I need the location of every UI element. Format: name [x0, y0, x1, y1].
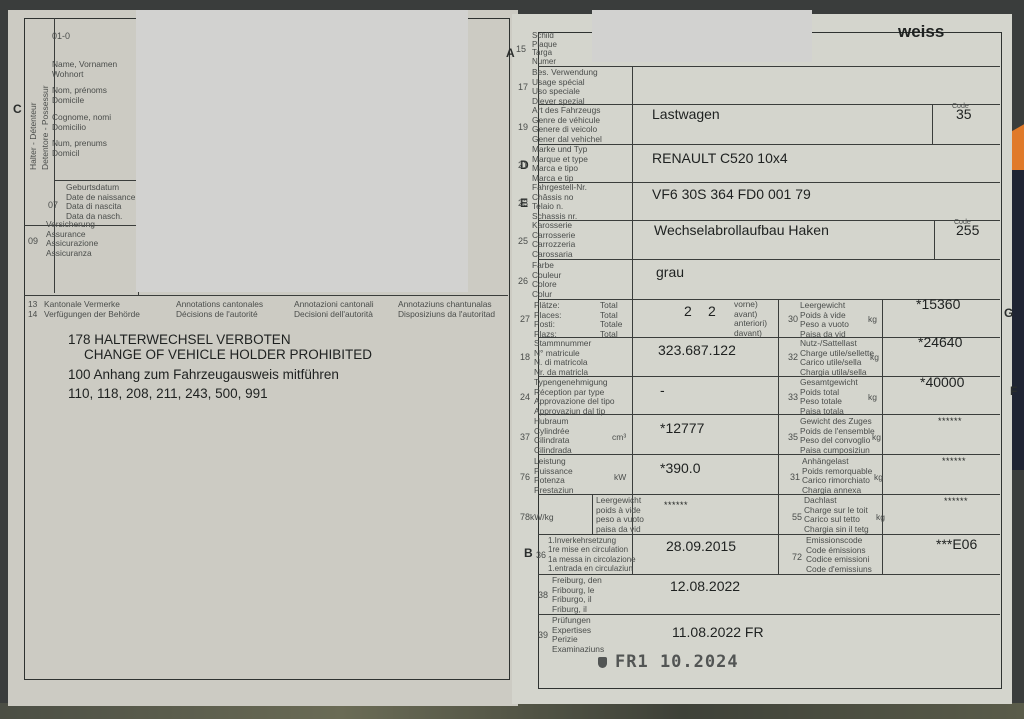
field-23-labels: Fahrgestell-Nr. Châssis no Telaio n. Sch…: [532, 183, 587, 221]
right-page: weiss A D E B G F 15 Schild Plaque Targa…: [512, 14, 1012, 704]
seats-front-value: 2: [708, 303, 716, 319]
divider: [538, 614, 1000, 615]
name-label-de: Name, VornamenWohnort: [52, 60, 117, 79]
annotation-line-1: 178 HALTERWECHSEL VERBOTEN: [68, 332, 291, 347]
field-35-unit: kg: [872, 432, 881, 442]
top-color-value: weiss: [898, 22, 944, 42]
annotation-header-de: Kantonale VermerkeVerfügungen der Behörd…: [44, 300, 140, 319]
field-37-labels: Hubraum Cylindrée Cilindrata Cilindrada: [534, 417, 572, 455]
trailer-load-value: ******: [942, 456, 966, 466]
field-78-number: 78: [520, 512, 530, 522]
field-39-number: 39: [538, 630, 548, 640]
field-07-labels: GeburtsdatumDate de naissanceData di nas…: [66, 183, 135, 221]
field-38-number: 38: [538, 590, 548, 600]
annotation-header-fr: Annotations cantonalesDécisions de l'aut…: [176, 300, 263, 319]
field-30-number: 30: [788, 314, 798, 324]
divider: [538, 259, 1000, 260]
field-72-number: 72: [792, 552, 802, 562]
field-32-unit: kg: [870, 352, 879, 362]
make-model-value: RENAULT C520 10x4: [652, 150, 788, 166]
annotation-header-rm: Annotaziuns chantunalasDisposiziuns da l…: [398, 300, 495, 319]
emission-code-value: ***E06: [936, 536, 977, 552]
field-37-unit: cm³: [612, 432, 626, 442]
field-18-number: 18: [520, 352, 530, 362]
train-weight-value: ******: [938, 416, 962, 426]
side-letter-f: F: [1010, 384, 1017, 398]
chassis-number-value: VF6 30S 364 FD0 001 79: [652, 186, 811, 202]
field-31-labels: Anhängelast Poids remorquable Carico rim…: [802, 457, 872, 495]
canton-shield-icon: [598, 657, 607, 668]
field-31-unit: kg: [874, 472, 883, 482]
field-15-number: 15: [516, 44, 526, 54]
field-17-labels: Bes. Verwendung Usage spécial Uso specia…: [532, 68, 598, 106]
field-32-number: 32: [788, 352, 798, 362]
field-19-labels: Art des Fahrzeugs Genre de véhicule Gene…: [532, 106, 602, 144]
divider: [538, 144, 1000, 145]
divider: [538, 104, 1000, 105]
field-23-number: 23: [518, 198, 528, 208]
field-30-labels: Leergewicht Poids à vide Peso a vuoto Pa…: [800, 301, 849, 339]
matriculation-number-value: 323.687.122: [658, 342, 736, 358]
field-37-number: 37: [520, 432, 530, 442]
field-33-unit: kg: [868, 392, 877, 402]
seats-total-value: 2: [684, 303, 692, 319]
field-76-unit: kW: [614, 472, 626, 482]
type-approval-value: -: [660, 382, 665, 398]
field-24-number: 24: [520, 392, 530, 402]
field-27-totals: Total Total Totale Total: [600, 301, 622, 339]
seats-front-labels: vorne) avant) anteriori) davant): [734, 300, 767, 338]
divider: [24, 295, 508, 296]
roof-load-value: ******: [944, 496, 968, 506]
divider: [778, 299, 779, 574]
field-19-number: 19: [518, 122, 528, 132]
field-26-number: 26: [518, 276, 528, 286]
field-01-label: 01-0: [52, 32, 70, 42]
field-76-labels: Leistung Puissance Potenza Prestaziun: [534, 457, 574, 495]
field-27-labels: Plätze: Places: Posti: Plazs:: [534, 301, 561, 339]
divider: [538, 220, 1000, 221]
field-33-number: 33: [788, 392, 798, 402]
annotation-line-3: 100 Anhang zum Fahrzeugausweis mitführen: [68, 367, 339, 382]
empty-weight-value: *15360: [916, 296, 960, 312]
field-36-labels: 1.Inverkehrsetzung 1re mise en circulati…: [548, 536, 636, 573]
field-25-labels: Karosserie Carrosserie Carrozzeria Caros…: [532, 221, 575, 259]
field-35-labels: Gewicht des Zuges Poids de l'ensemble Pe…: [800, 417, 875, 455]
power-value: *390.0: [660, 460, 700, 476]
side-letter-g: G: [1004, 306, 1013, 320]
color-value: grau: [656, 264, 684, 280]
field-72-labels: Emissionscode Code émissions Codice emis…: [806, 536, 872, 574]
total-weight-value: *40000: [920, 374, 964, 390]
divider: [934, 220, 935, 259]
power-weight-value: ******: [664, 500, 688, 510]
body-type-value: Wechselabrollaufbau Haken: [654, 222, 829, 238]
divider: [538, 66, 1000, 67]
field-76-number: 76: [520, 472, 530, 482]
field-78-labels: Leergewicht poids à vide peso a vuoto pa…: [596, 496, 644, 534]
side-letter-a: A: [506, 46, 515, 60]
redacted-holder-info: [136, 10, 468, 292]
first-registration-value: 28.09.2015: [666, 538, 736, 554]
field-21-labels: Marke und Typ Marque et type Marca e tip…: [532, 145, 588, 183]
field-17-number: 17: [518, 82, 528, 92]
displacement-value: *12777: [660, 420, 704, 436]
name-label-it: Cognome, nomiDomicilio: [52, 113, 111, 132]
field-35-number: 35: [788, 432, 798, 442]
inspection-stamp: FR1 10.2024: [598, 652, 739, 672]
field-36-number: 36: [536, 550, 546, 560]
field-33-labels: Gesamtgewicht Poids total Peso totale Pa…: [800, 378, 858, 416]
field-30-unit: kg: [868, 314, 877, 324]
field-25-number: 25: [518, 236, 528, 246]
field-24-labels: Typengenehmigung Réception par type Appr…: [534, 378, 615, 416]
side-letter-b: B: [524, 546, 533, 560]
field-09-labels: VersicherungAssuranceAssicurazioneAssicu…: [46, 220, 98, 258]
divider: [538, 574, 1000, 575]
field-55-number: 55: [792, 512, 802, 522]
field-09-number: 09: [28, 236, 38, 246]
divider: [54, 180, 139, 181]
field-31-number: 31: [790, 472, 800, 482]
divider: [882, 299, 883, 574]
issue-date-value: 12.08.2022: [670, 578, 740, 594]
divider: [592, 494, 593, 534]
field-32-labels: Nutz-/Sattellast Charge utile/sellette C…: [800, 339, 874, 377]
field-39-labels: Prüfungen Expertises Perizie Examinaziun…: [552, 616, 604, 654]
vehicle-type-value: Lastwagen: [652, 106, 720, 122]
annotation-line-2: CHANGE OF VEHICLE HOLDER PROHIBITED: [84, 347, 372, 362]
field-18-labels: Stammnummer N° matricule N. di matricola…: [534, 339, 591, 377]
holder-label-de: Halter - Détenteur: [28, 102, 38, 170]
field-07-number: 07: [48, 200, 58, 210]
divider: [538, 454, 1000, 455]
name-label-fr: Nom, prénomsDomicile: [52, 86, 107, 105]
section-letter-c: C: [13, 102, 22, 116]
vehicle-type-code: 35: [956, 106, 972, 122]
payload-value: *24640: [918, 334, 962, 350]
field-55-labels: Dachlast Charge sur le toit Carico sul t…: [804, 496, 869, 534]
field-27-number: 27: [520, 314, 530, 324]
annotation-header-it: Annotazioni cantonaliDecisioni dell'auto…: [294, 300, 374, 319]
inspection-value: 11.08.2022 FR: [672, 624, 764, 640]
name-label-rm: Num, prenumsDomicil: [52, 139, 107, 158]
field-26-labels: Farbe Couleur Colore Colur: [532, 261, 561, 299]
field-38-labels: Freiburg, den Fribourg, le Friburgo, il …: [552, 576, 602, 614]
divider: [932, 104, 933, 144]
field-78-unit: kW/kg: [530, 512, 554, 522]
field-55-unit: kg: [876, 512, 885, 522]
field-15-labels: Schild Plaque Targa Numer: [532, 32, 557, 66]
field-21-number: 21: [518, 160, 528, 170]
annotation-numbers: 1314: [28, 300, 37, 319]
annotation-line-4: 110, 118, 208, 211, 243, 500, 991: [68, 386, 268, 401]
redacted-plate: [592, 10, 812, 62]
left-page: C Halter - Détenteur Detentore - Possess…: [8, 10, 518, 706]
holder-label-it: Detentore - Possessur: [40, 85, 50, 170]
body-type-code: 255: [956, 222, 979, 238]
divider: [538, 182, 1000, 183]
